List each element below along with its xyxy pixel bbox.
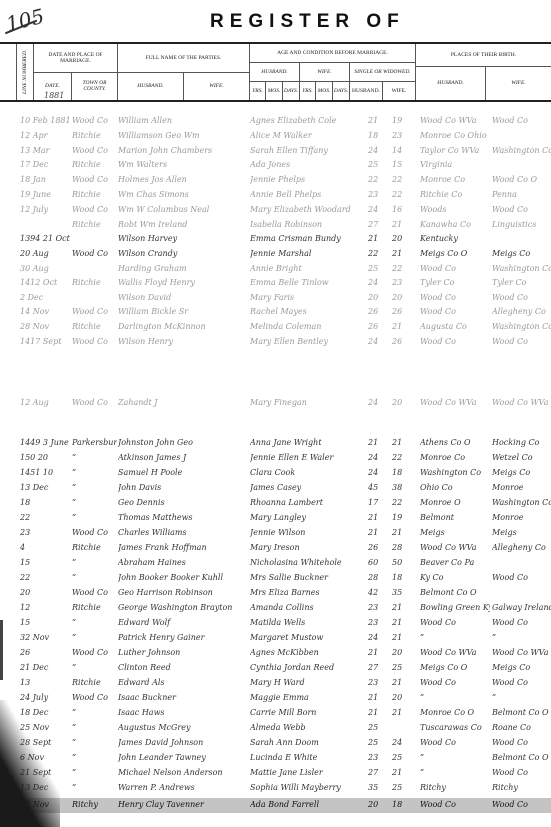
cell-town: ” — [72, 633, 117, 642]
table-row: 13 Dec”Warren P. AndrewsSophia Willi May… — [0, 781, 551, 796]
cell-date: 30 Aug — [20, 264, 70, 273]
cell-h-age: 20 — [368, 293, 386, 302]
cell-h-birth: Wood Co WVa — [420, 543, 490, 552]
cell-husband: Harding Graham — [118, 264, 243, 273]
cell-w-age: 20 — [392, 648, 410, 657]
cell-wife: Mary Langley — [250, 513, 360, 522]
cell-town: ” — [72, 483, 117, 492]
cell-wife: Agnes Elizabeth Cole — [250, 116, 360, 125]
header-year: 1881 — [44, 91, 64, 100]
cell-h-birth: Beaver Co Pa — [420, 558, 490, 567]
cell-h-birth: Ohio Co — [420, 483, 490, 492]
cell-wife: Matilda Wells — [250, 618, 360, 627]
cell-w-birth: Belmont Co O — [492, 753, 551, 762]
cell-wife: Mrs Sallie Buckner — [250, 573, 360, 582]
cell-h-age: 25 — [368, 264, 386, 273]
cell-town: ” — [72, 498, 117, 507]
cell-h-age: 24 — [368, 633, 386, 642]
cell-wife: James Casey — [250, 483, 360, 492]
cell-date: 12 Aug — [20, 398, 70, 407]
cell-date: 150 20 — [20, 453, 70, 462]
table-row: 20Wood CoGeo Harrison RobinsonMrs Eliza … — [0, 586, 551, 601]
cell-husband: Wm W Columbus Neal — [118, 205, 243, 214]
cell-husband: Thomas Matthews — [118, 513, 243, 522]
table-row: 12 AugWood CoZahandt JMary Finegan2420Wo… — [0, 396, 551, 411]
cell-h-birth: Monroe O — [420, 498, 490, 507]
header-husband: Husband. — [118, 72, 184, 100]
cell-w-birth: Monroe — [492, 513, 551, 522]
cell-wife: Annie Bell Phelps — [250, 190, 360, 199]
cell-w-age: 20 — [392, 693, 410, 702]
cell-w-birth: Monroe — [492, 483, 551, 492]
header-date-place: Date and Place of Marriage. — [34, 44, 118, 72]
cell-w-age: 20 — [392, 398, 410, 407]
cell-wife: Lucinda E White — [250, 753, 360, 762]
cell-w-age: 21 — [392, 708, 410, 717]
cell-h-age: 21 — [368, 116, 386, 125]
cell-wife: Mary H Ward — [250, 678, 360, 687]
cell-w-age: 25 — [392, 753, 410, 762]
header-w-mos: Mos. — [316, 81, 333, 100]
cell-h-birth: Augusta Co — [420, 322, 490, 331]
header-age-husband: Husband. — [250, 62, 300, 81]
cell-wife: Maggie Emma — [250, 693, 360, 702]
cell-husband: Edward Wolf — [118, 618, 243, 627]
cell-wife: Almeda Webb — [250, 723, 360, 732]
cell-h-age: 24 — [368, 278, 386, 287]
cell-h-age: 25 — [368, 160, 386, 169]
cell-date: 14 Nov — [20, 307, 70, 316]
cell-h-age: 42 — [368, 588, 386, 597]
cell-h-age: 21 — [368, 234, 386, 243]
cell-w-age: 22 — [392, 264, 410, 273]
cell-wife: Mary Elizabeth Woodard — [250, 205, 360, 214]
table-row: 24 JulyWood CoIsaac BucknerMaggie Emma21… — [0, 691, 551, 706]
cell-date: 20 — [20, 588, 70, 597]
cell-h-age: 18 — [368, 131, 386, 140]
cell-w-birth: Washington Co — [492, 146, 551, 155]
cell-h-birth: Monroe Co — [420, 453, 490, 462]
header-divider — [250, 62, 416, 63]
cell-town: ” — [72, 708, 117, 717]
cell-w-age: 23 — [392, 278, 410, 287]
cell-husband: Samuel H Poole — [118, 468, 243, 477]
cell-w-birth: ” — [492, 693, 551, 702]
cell-husband: Zahandt J — [118, 398, 243, 407]
cell-wife: Sophia Willi Mayberry — [250, 783, 360, 792]
cell-date: 10 Feb 1881 — [20, 116, 70, 125]
cell-w-birth: Wood Co — [492, 337, 551, 346]
cell-w-age: 24 — [392, 738, 410, 747]
cell-h-birth: Wood Co — [420, 800, 490, 809]
table-row: 18 Dec”Isaac HawsCarrie Mill Born2121Mon… — [0, 706, 551, 721]
cell-w-birth: Belmont Co O — [492, 708, 551, 717]
cell-husband: Atkinson James J — [118, 453, 243, 462]
cell-wife: Ada Jones — [250, 160, 360, 169]
cell-h-birth: Kanawha Co — [420, 220, 490, 229]
table-row: 18 JanWood CoHolmes Jos AllenJennie Phel… — [0, 173, 551, 188]
cell-wife: Cynthia Jordan Reed — [250, 663, 360, 672]
table-row: RitchieRobt Wm IrelandIsabella Robinson2… — [0, 218, 551, 233]
cell-h-age: 24 — [368, 468, 386, 477]
cell-w-age: 25 — [392, 663, 410, 672]
cell-w-age: 18 — [392, 573, 410, 582]
table-row: 28 Sept”James David JohnsonSarah Ann Doo… — [0, 736, 551, 751]
cell-w-age: 14 — [392, 146, 410, 155]
page-edge-shadow — [0, 620, 3, 680]
cell-town: Ritchie — [72, 190, 117, 199]
cell-h-age: 24 — [368, 146, 386, 155]
cell-date: 18 — [20, 498, 70, 507]
cell-h-birth: Monroe Co — [420, 175, 490, 184]
cell-husband: Warren P. Andrews — [118, 783, 243, 792]
cell-w-age: 21 — [392, 249, 410, 258]
cell-wife: Alice M Walker — [250, 131, 360, 140]
table-row: 25 Nov”Augustus McGreyAlmeda Webb25Tusca… — [0, 721, 551, 736]
cell-husband: William Bickle Sr — [118, 307, 243, 316]
cell-w-birth: Wood Co — [492, 205, 551, 214]
cell-town: Parkersburg — [72, 438, 117, 447]
cell-town: Wood Co — [72, 693, 117, 702]
cell-husband: Wilson Crandy — [118, 249, 243, 258]
header-h-mos: Mos. — [266, 81, 283, 100]
table-row: 20 AugWood CoWilson CrandyJennie Marshal… — [0, 247, 551, 262]
cell-husband: Geo Dennis — [118, 498, 243, 507]
cell-w-age: 28 — [392, 543, 410, 552]
cell-wife: Agnes McKibben — [250, 648, 360, 657]
cell-w-age: 22 — [392, 190, 410, 199]
cell-date: 13 Mar — [20, 146, 70, 155]
cell-h-age: 23 — [368, 190, 386, 199]
cell-town: ” — [72, 558, 117, 567]
table-row: 1394 21 OctWilson HarveyEmma Crisman Bun… — [0, 232, 551, 247]
cell-w-birth: Wood Co — [492, 678, 551, 687]
cell-w-age: 38 — [392, 483, 410, 492]
cell-wife: Ada Bond Farrell — [250, 800, 360, 809]
cell-w-birth: Washington Co — [492, 264, 551, 273]
cell-w-age: 20 — [392, 234, 410, 243]
cell-h-birth: Wood Co — [420, 264, 490, 273]
cell-w-age: 21 — [392, 528, 410, 537]
cell-h-birth: Woods — [420, 205, 490, 214]
cell-w-age: 18 — [392, 800, 410, 809]
cell-w-age: 19 — [392, 513, 410, 522]
cell-husband: John Leander Tawney — [118, 753, 243, 762]
cell-wife: Emma Belle Tinlow — [250, 278, 360, 287]
cell-w-age: 25 — [392, 783, 410, 792]
cell-date: 1449 3 June — [20, 438, 70, 447]
cell-h-age: 20 — [368, 800, 386, 809]
cell-h-birth: Ritchy — [420, 783, 490, 792]
cell-h-age: 24 — [368, 337, 386, 346]
register-header: Line Numbered. Date and Place of Marriag… — [0, 42, 551, 102]
cell-wife: Jennie Wilson — [250, 528, 360, 537]
cell-h-age: 26 — [368, 543, 386, 552]
table-row: 19 JuneRitchieWm Chas SimonsAnnie Bell P… — [0, 188, 551, 203]
cell-h-age: 23 — [368, 678, 386, 687]
cell-husband: Henry Clay Tavenner — [118, 800, 243, 809]
cell-date: 12 July — [20, 205, 70, 214]
cell-date: 4 — [20, 543, 70, 552]
table-row: 150 20”Atkinson James JJennie Ellen E Wa… — [0, 451, 551, 466]
cell-h-age: 21 — [368, 438, 386, 447]
cell-h-age: 21 — [368, 708, 386, 717]
cell-h-age: 21 — [368, 648, 386, 657]
cell-town: Wood Co — [72, 205, 117, 214]
cell-h-birth: Wood Co WVa — [420, 398, 490, 407]
cell-w-age: 21 — [392, 438, 410, 447]
cell-husband: Robt Wm Ireland — [118, 220, 243, 229]
cell-h-age: 22 — [368, 249, 386, 258]
cell-town: Wood Co — [72, 116, 117, 125]
cell-w-age: 23 — [392, 131, 410, 140]
header-line-numbered: Line Numbered. — [16, 44, 34, 100]
cell-h-age: 24 — [368, 453, 386, 462]
cell-date: 15 — [20, 618, 70, 627]
cell-date: 13 Dec — [20, 483, 70, 492]
cell-h-birth: Monroe Co O — [420, 708, 490, 717]
table-row: 12 AprRitchieWilliamson Geo WmAlice M Wa… — [0, 129, 551, 144]
cell-h-birth: ” — [420, 633, 490, 642]
cell-town: Wood Co — [72, 307, 117, 316]
table-row: 28 NovRitchieDarlington McKinnonMelinda … — [0, 320, 551, 335]
cell-husband: Clinton Reed — [118, 663, 243, 672]
cell-w-birth: Galway Ireland — [492, 603, 551, 612]
header-sw-wife: Wife. — [383, 81, 416, 100]
header-places-birth: Places of their Birth. — [416, 44, 551, 66]
cell-h-age: 21 — [368, 693, 386, 702]
cell-wife: Mrs Eliza Barnes — [250, 588, 360, 597]
cell-husband: Patrick Henry Gainer — [118, 633, 243, 642]
cell-date: 12 — [20, 603, 70, 612]
cell-h-age: 24 — [368, 205, 386, 214]
header-divider — [250, 81, 416, 82]
table-row: 22”John Booker Booker KuhllMrs Sallie Bu… — [0, 571, 551, 586]
cell-wife: Sarah Ellen Tiffany — [250, 146, 360, 155]
cell-w-age: 26 — [392, 307, 410, 316]
table-row: 12RitchieGeorge Washington BraytonAmanda… — [0, 601, 551, 616]
cell-date: 15 — [20, 558, 70, 567]
cell-wife: Mary Ireson — [250, 543, 360, 552]
cell-husband: James Frank Hoffman — [118, 543, 243, 552]
cell-wife: Emma Crisman Bundy — [250, 234, 360, 243]
cell-h-age: 21 — [368, 513, 386, 522]
cell-w-age: 21 — [392, 633, 410, 642]
cell-w-birth: Allegheny Co — [492, 543, 551, 552]
table-row: 15”Abraham HainesNicholasina Whitehole60… — [0, 556, 551, 571]
header-divider — [34, 72, 250, 73]
cell-w-birth: Washington Co — [492, 322, 551, 331]
cell-h-birth: Wood Co — [420, 293, 490, 302]
cell-date: 32 Nov — [20, 633, 70, 642]
cell-w-birth: Washington Co — [492, 498, 551, 507]
cell-town: Ritchie — [72, 278, 117, 287]
cell-date: 21 Dec — [20, 663, 70, 672]
cell-h-birth: ” — [420, 753, 490, 762]
cell-h-age: 22 — [368, 175, 386, 184]
table-row: 13 Dec”John DavisJames Casey4538Ohio CoM… — [0, 481, 551, 496]
cell-h-birth: Wood Co WVa — [420, 648, 490, 657]
cell-date: 20 Aug — [20, 249, 70, 258]
cell-h-birth: Bowling Green Ky — [420, 603, 490, 612]
cell-date: 18 Jan — [20, 175, 70, 184]
cell-town: ” — [72, 783, 117, 792]
cell-date: 23 — [20, 528, 70, 537]
cell-w-birth: Wood Co WVa — [492, 398, 551, 407]
cell-husband: Wallis Floyd Henry — [118, 278, 243, 287]
cell-h-age: 35 — [368, 783, 386, 792]
cell-h-birth: Monroe Co Ohio — [420, 131, 490, 140]
cell-h-age: 25 — [368, 738, 386, 747]
cell-town: Wood Co — [72, 398, 117, 407]
cell-town: Wood Co — [72, 337, 117, 346]
cell-w-birth: Tyler Co — [492, 278, 551, 287]
cell-h-birth: Belmont Co O — [420, 588, 490, 597]
table-row: 17 DecRitchieWm WaltersAda Jones2515Virg… — [0, 158, 551, 173]
cell-wife: Jennie Phelps — [250, 175, 360, 184]
cell-town: Wood Co — [72, 588, 117, 597]
table-row: 13 MarWood CoMarion John ChambersSarah E… — [0, 144, 551, 159]
cell-w-birth: Ritchy — [492, 783, 551, 792]
cell-w-birth: Wetzel Co — [492, 453, 551, 462]
cell-h-age: 26 — [368, 322, 386, 331]
cell-w-birth: Wood Co O — [492, 175, 551, 184]
cell-husband: William Allen — [118, 116, 243, 125]
header-single-widowed: Single or Widowed. — [350, 62, 416, 81]
cell-h-birth: Ritchie Co — [420, 190, 490, 199]
cell-w-age: 21 — [392, 768, 410, 777]
cell-h-age: 28 — [368, 573, 386, 582]
cell-husband: Edward Als — [118, 678, 243, 687]
cell-date: 1451 10 — [20, 468, 70, 477]
cell-town: Ritchy — [72, 800, 117, 809]
table-row: 21 Dec”Clinton ReedCynthia Jordan Reed27… — [0, 661, 551, 676]
table-row: 6 Nov”John Leander TawneyLucinda E White… — [0, 751, 551, 766]
cell-w-age: 35 — [392, 588, 410, 597]
cell-w-birth: Wood Co — [492, 573, 551, 582]
cell-w-age: 21 — [392, 678, 410, 687]
cell-w-birth: Wood Co — [492, 768, 551, 777]
cell-w-age: 21 — [392, 220, 410, 229]
cell-h-age: 23 — [368, 603, 386, 612]
cell-h-age: 26 — [368, 307, 386, 316]
cell-town: Wood Co — [72, 146, 117, 155]
cell-h-birth: Wood Co — [420, 678, 490, 687]
table-row — [0, 416, 551, 431]
header-w-days: Days. — [333, 81, 350, 100]
cell-wife: Isabella Robinson — [250, 220, 360, 229]
table-row: 1417 SeptWood CoWilson HenryMary Ellen B… — [0, 335, 551, 350]
header-sw-husband: Husband. — [350, 81, 383, 100]
cell-w-age: 50 — [392, 558, 410, 567]
cell-wife: Nicholasina Whitehole — [250, 558, 360, 567]
cell-husband: Isaac Buckner — [118, 693, 243, 702]
cell-h-birth: Taylor Co WVa — [420, 146, 490, 155]
page-title: REGISTER OF — [210, 11, 405, 33]
cell-wife: Jennie Marshal — [250, 249, 360, 258]
cell-town: ” — [72, 663, 117, 672]
cell-w-birth: Penna — [492, 190, 551, 199]
cell-date: 13 — [20, 678, 70, 687]
cell-w-birth: Wood Co WVa — [492, 648, 551, 657]
cell-w-age: 21 — [392, 618, 410, 627]
header-wife: Wife. — [184, 72, 250, 100]
cell-h-birth: Wood Co — [420, 337, 490, 346]
cell-h-age: 23 — [368, 753, 386, 762]
cell-wife: Margaret Mustow — [250, 633, 360, 642]
cell-husband: Luther Johnson — [118, 648, 243, 657]
cell-wife: Amanda Collins — [250, 603, 360, 612]
cell-w-age: 19 — [392, 116, 410, 125]
cell-town: Ritchie — [72, 220, 117, 229]
table-row: 1449 3 JuneParkersburgJohnston John GeoA… — [0, 436, 551, 451]
cell-w-birth: Meigs — [492, 528, 551, 537]
cell-husband: Abraham Haines — [118, 558, 243, 567]
cell-w-birth: Allegheny Co — [492, 307, 551, 316]
table-row: 32 Nov”Patrick Henry GainerMargaret Must… — [0, 631, 551, 646]
table-row: 14 NovWood CoWilliam Bickle SrRachel May… — [0, 305, 551, 320]
cell-w-birth: Wood Co — [492, 800, 551, 809]
cell-h-birth: Tyler Co — [420, 278, 490, 287]
cell-town: Wood Co — [72, 528, 117, 537]
table-row: 12 JulyWood CoWm W Columbus NealMary Eli… — [0, 203, 551, 218]
cell-date: 22 — [20, 513, 70, 522]
table-row: 26Wood CoLuther JohnsonAgnes McKibben212… — [0, 646, 551, 661]
cell-w-birth: Meigs Co — [492, 663, 551, 672]
cell-husband: Geo Harrison Robinson — [118, 588, 243, 597]
table-row: 23Wood CoCharles WilliamsJennie Wilson21… — [0, 526, 551, 541]
cell-husband: Michael Nelson Anderson — [118, 768, 243, 777]
register-entries: 10 Feb 1881Wood CoWilliam AllenAgnes Eli… — [0, 100, 551, 827]
header-birth-husband: Husband. — [416, 66, 486, 100]
cell-husband: Wilson David — [118, 293, 243, 302]
cell-husband: Wilson Henry — [118, 337, 243, 346]
cell-town: Wood Co — [72, 175, 117, 184]
cell-w-birth: Wood Co — [492, 738, 551, 747]
cell-town: Ritchie — [72, 543, 117, 552]
cell-date: 1394 21 Oct — [20, 234, 70, 243]
cell-husband: John Booker Booker Kuhll — [118, 573, 243, 582]
cell-h-age: 25 — [368, 723, 386, 732]
cell-h-birth: ” — [420, 693, 490, 702]
cell-h-birth: Ky Co — [420, 573, 490, 582]
cell-town: ” — [72, 453, 117, 462]
header-w-yrs: Yrs. — [300, 81, 316, 100]
table-row: 1451 10”Samuel H PooleClara Cook2418Wash… — [0, 466, 551, 481]
cell-h-birth: Washington Co — [420, 468, 490, 477]
cell-w-age: 15 — [392, 160, 410, 169]
cell-husband: Williamson Geo Wm — [118, 131, 243, 140]
cell-wife: Mary Finegan — [250, 398, 360, 407]
cell-w-birth: Linguistics — [492, 220, 551, 229]
cell-town: ” — [72, 753, 117, 762]
cell-town: Wood Co — [72, 249, 117, 258]
cell-w-age: 20 — [392, 293, 410, 302]
cell-town: ” — [72, 513, 117, 522]
cell-husband: Darlington McKinnon — [118, 322, 243, 331]
cell-w-age: 16 — [392, 205, 410, 214]
cell-husband: Wm Walters — [118, 160, 243, 169]
cell-h-birth: Tuscarawas Co — [420, 723, 490, 732]
cell-wife: Sarah Ann Doom — [250, 738, 360, 747]
cell-wife: Jennie Ellen E Waler — [250, 453, 360, 462]
table-row: 17 NovRitchyHenry Clay TavennerAda Bond … — [0, 798, 551, 813]
cell-h-birth: Wood Co WVa — [420, 116, 490, 125]
cell-date: 1412 Oct — [20, 278, 70, 287]
cell-h-birth: Athens Co O — [420, 438, 490, 447]
cell-h-birth: Virginia — [420, 160, 490, 169]
cell-date: 19 June — [20, 190, 70, 199]
